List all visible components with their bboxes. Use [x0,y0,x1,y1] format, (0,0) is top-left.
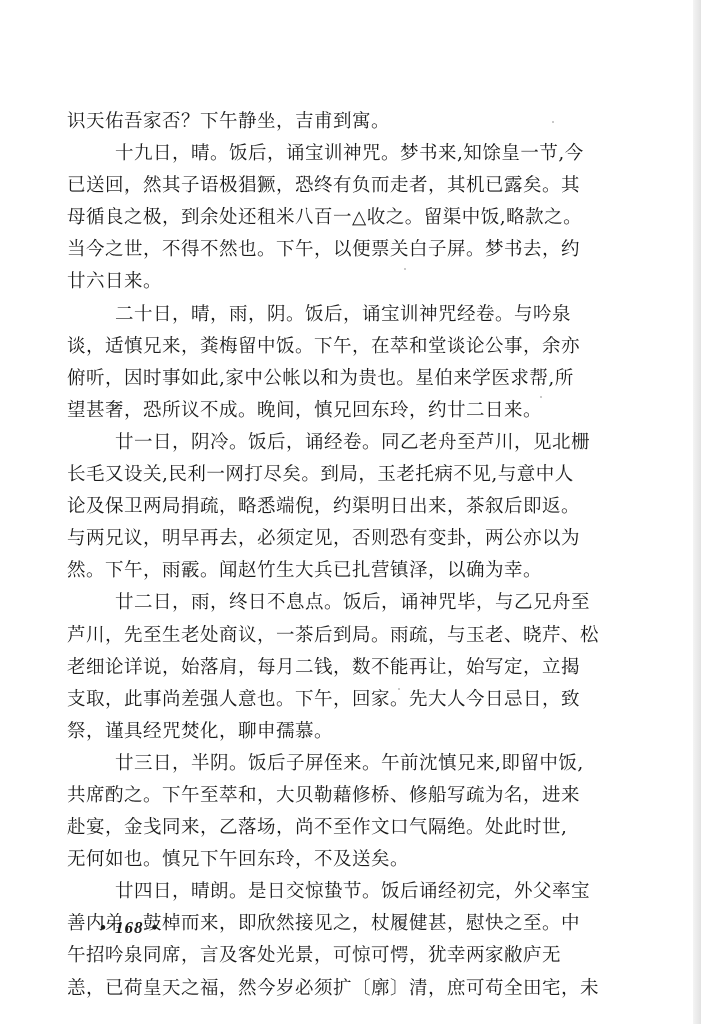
entry-line-first: 廿四日，晴朗。是日交惊蛰节。饭后诵经初完，外父率宝 [67,876,559,908]
page-number: •168• [92,918,166,938]
text-line: 长毛又设关,民利一网打尽矣。到局，玉老托病不见,与意中人 [67,459,559,491]
scan-speck [398,688,400,690]
page-edge [693,0,701,1024]
text-line: 廿六日来。 [67,266,559,298]
entry-line-first: 二十日，晴，雨，阴。饭后，诵宝训神咒经卷。与吟泉 [67,299,559,331]
text-line: 无何如也。慎兄下午回东玲，不及送矣。 [67,844,559,876]
text-line: 与两兄议，明早再去，必须定见，否则恐有变卦，两公亦以为 [67,523,559,555]
text-line: 论及保卫两局捐疏，略悉端倪，约渠明日出来，茶叙后即返。 [67,491,559,523]
page-number-dot-left: • [100,918,107,937]
text-line: 老细论详说，始落肩，每月二钱，数不能再让，始写定，立揭 [67,652,559,684]
text-line: 识天佑吾家否？下午静坐，吉甫到寓。 [67,106,559,138]
text-line: 恙，已荷皇天之福，然今岁必须扩〔廓〕清，庶可苟全田宅，未 [67,973,559,1005]
scan-speck [125,191,127,193]
text-line: 共席酌之。下午至萃和，大贝勒藉修桥、修船写疏为名，进来 [67,780,559,812]
text-line: 祭，谨具经咒焚化，聊申孺慕。 [67,716,559,748]
entry-line-first: 廿一日，阴冷。饭后，诵经卷。同乙老舟至芦川，见北栅 [67,427,559,459]
text-line: 谈，适慎兄来，粪梅留中饭。下午，在萃和堂谈论公事，余亦 [67,331,559,363]
page-number-dot-right: • [151,918,158,937]
scan-speck [404,268,406,270]
text-line: 赴宴，金戋同来，乙落场，尚不至作文口气隔绝。处此时世, [67,812,559,844]
page-number-value: 168 [115,918,144,937]
text-line: 芦川，先至生老处商议，一茶后到局。雨疏，与玉老、晓芹、松 [67,620,559,652]
text-line: 午招吟泉同席，言及客处光景，可惊可愕，犹幸两家敝庐无 [67,940,559,972]
text-line: 支取，此事尚差强人意也。下午，回家。先大人今日忌日，致 [67,684,559,716]
diary-text-block: 识天佑吾家否？下午静坐，吉甫到寓。 十九日，晴。饭后，诵宝训神咒。梦书来,知馀皇… [67,106,559,1005]
entry-line-first: 廿三日，半阴。饭后子屏侄来。午前沈慎兄来,即留中饭, [67,748,559,780]
text-line: 俯听，因时事如此,家中公帐以和为贵也。星伯来学医求帮,所 [67,363,559,395]
text-line: 望甚奢，恐所议不成。晚间，慎兄回东玲，约廿二日来。 [67,395,559,427]
scan-speck [552,121,554,123]
text-line: 已送回，然其子语极猖獗，恐终有负而走者，其机已露矣。其 [67,170,559,202]
entry-line-first: 十九日，晴。饭后，诵宝训神咒。梦书来,知馀皇一节,今 [67,138,559,170]
text-line: 然。下午，雨霰。闻赵竹生大兵已扎营镇泽，以确为幸。 [67,555,559,587]
entry-line-first: 廿二日，雨，终日不息点。饭后，诵神咒毕，与乙兄舟至 [67,587,559,619]
text-line: 母循良之极，到余处还租米八百一△收之。留渠中饭,略款之。 [67,202,559,234]
text-line: 当今之世，不得不然也。下午，以便票关白子屏。梦书去，约 [67,234,559,266]
document-page: 识天佑吾家否？下午静坐，吉甫到寓。 十九日，晴。饭后，诵宝训神咒。梦书来,知馀皇… [0,0,693,1024]
scan-speck [540,396,542,398]
